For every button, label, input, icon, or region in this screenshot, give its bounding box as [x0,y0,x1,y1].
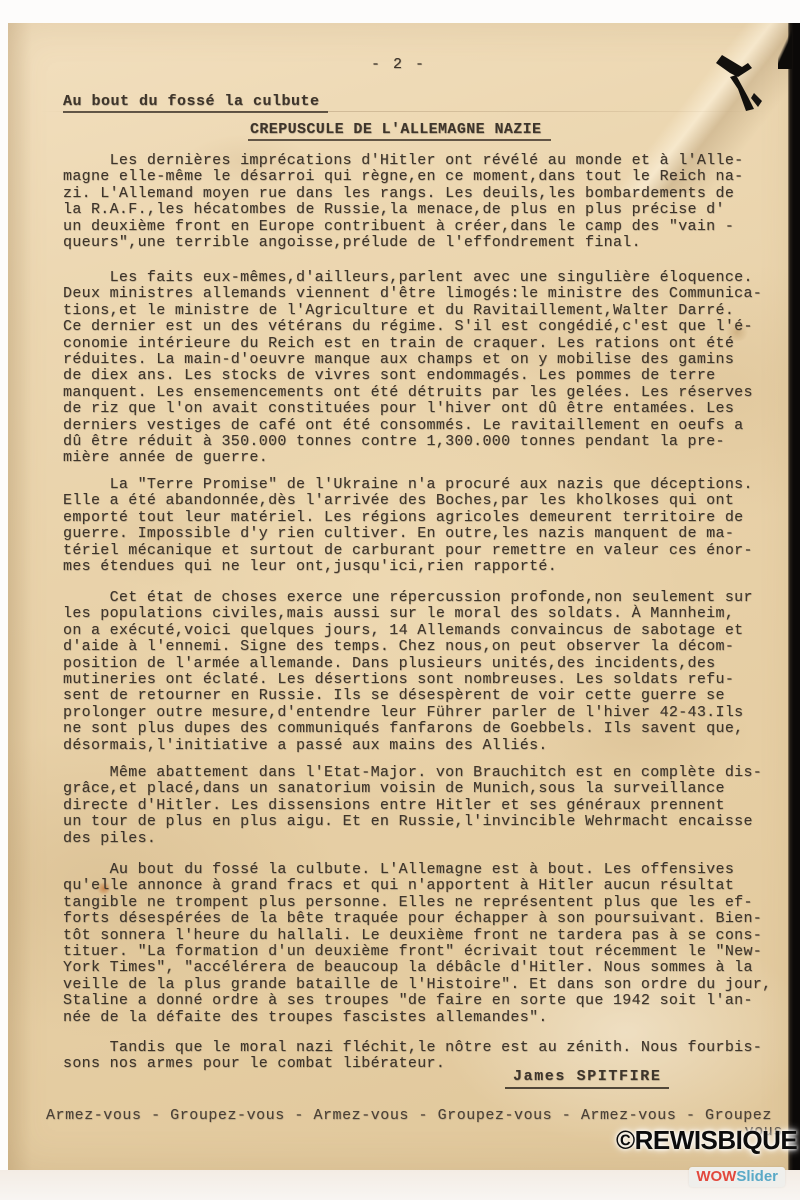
copyright-watermark: ©REWISBIQUE [616,1125,797,1156]
scanned-document-photo: - 2 - Au bout du fossé la culbute CREPUS… [0,0,800,1200]
paragraph-1: Les dernières imprécations d'Hitler ont … [63,153,800,251]
slogan-line-1: Armez-vous - Groupez-vous - Armez-vous -… [46,1107,772,1124]
wowslider-badge-wow: WOW [696,1168,736,1185]
paragraph-7: Tandis que le moral nazi fléchit,le nôtr… [63,1040,800,1073]
paper-tear-mark-icon [708,37,772,117]
document-page: - 2 - Au bout du fossé la culbute CREPUS… [8,23,800,1170]
paragraph-5: Même abattement dans l'Etat-Major. von B… [63,765,800,847]
torn-black-edge-top [778,23,792,69]
signature: James SPITFIRE [505,1068,669,1089]
paragraph-4: Cet état de choses exerce une répercussi… [63,590,800,754]
paragraph-2: Les faits eux-mêmes,d'ailleurs,parlent a… [63,270,800,467]
article-title: CREPUSCULE DE L'ALLEMAGNE NAZIE [248,121,551,141]
paragraph-6: Au bout du fossé la culbute. L'Allemagne… [63,862,800,1026]
wowslider-badge[interactable]: WOWSlider [689,1167,785,1187]
wowslider-badge-name: Slider [736,1168,778,1185]
paragraph-3: La "Terre Promise" de l'Ukraine n'a proc… [63,477,800,575]
photo-bottom-strip [0,1170,800,1200]
article-headline: Au bout du fossé la culbute [63,93,328,113]
page-number: - 2 - [371,56,426,73]
